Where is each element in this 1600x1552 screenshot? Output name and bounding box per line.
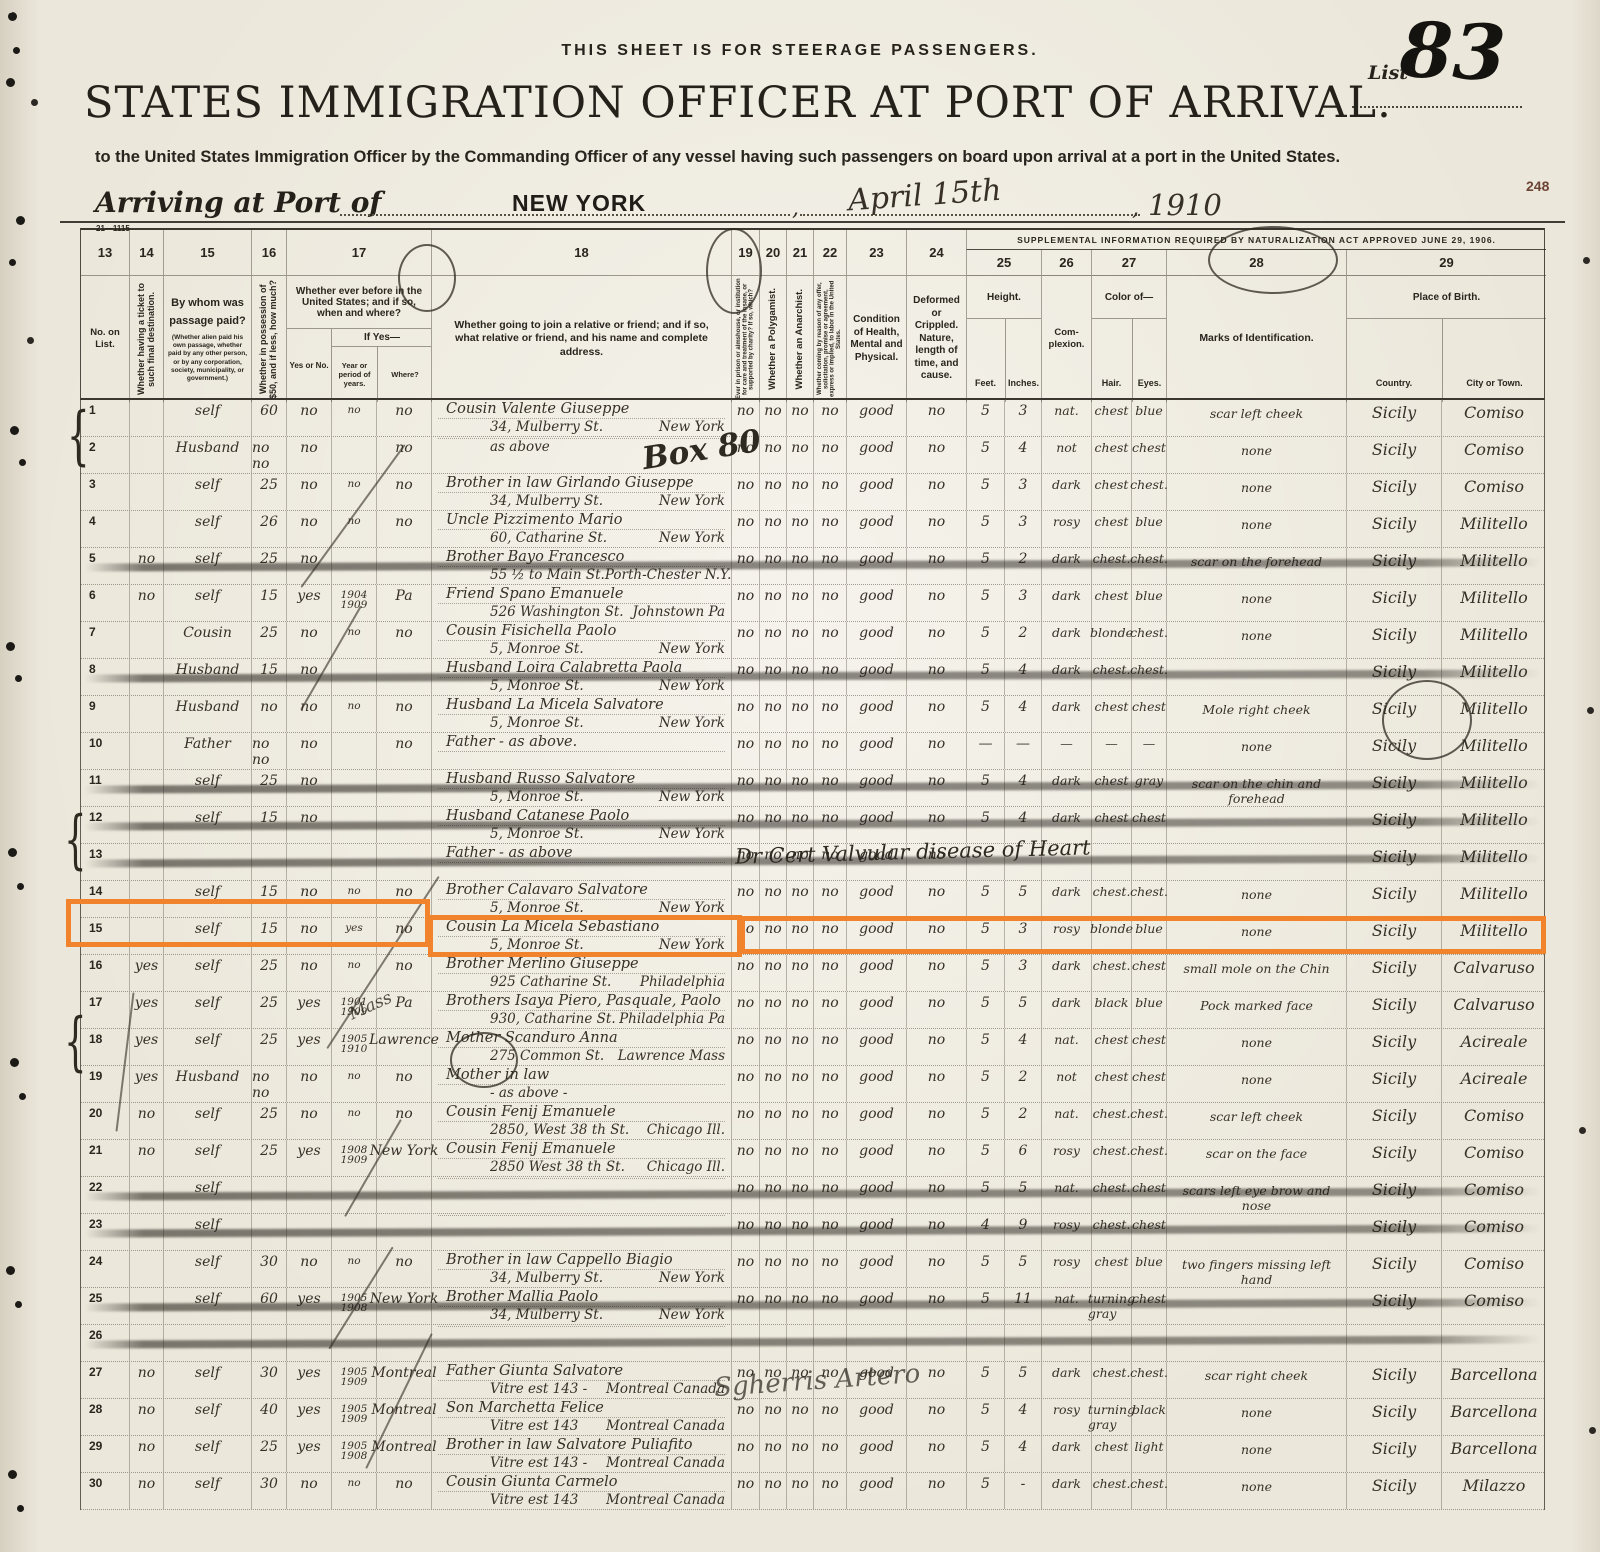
cell-no-on-list: 7: [81, 622, 129, 658]
cell-eyes: chest.: [1131, 1362, 1166, 1398]
cell-passage-paid-by: self: [163, 992, 251, 1028]
table-row: 9 Husband no no no no Husband La Micela …: [81, 696, 1544, 733]
cell-labor-offer: no: [813, 622, 846, 658]
cell-eyes: chest: [1131, 1029, 1166, 1065]
cell-anarchist: no: [786, 659, 813, 695]
cell-height-feet: 5: [966, 1140, 1004, 1176]
cell-no-on-list: 27: [81, 1362, 129, 1398]
cell-anarchist: no: [786, 1066, 813, 1102]
col-number-15: 15: [163, 230, 251, 276]
cell-relative: Brother Calavaro Salvatore 5, Monroe St.…: [431, 881, 731, 917]
cell-polygamist: no: [759, 1177, 786, 1213]
highlight-box-right: [740, 916, 1546, 954]
cell-eyes: [1131, 844, 1166, 880]
cell-relative: Friend Spano Emanuele 526 Washington St.…: [431, 585, 731, 621]
table-row: 18 yes self 25 yes 1905 1910 Lawrence Mo…: [81, 1029, 1544, 1066]
cell-relative-address: 2850 West 38 th St.: [490, 1159, 625, 1175]
table-row: 1 self 60 no no no Cousin Valente Giusep…: [81, 400, 1544, 437]
cell-labor-offer: no: [813, 1473, 846, 1509]
cell-labor-offer: no: [813, 770, 846, 806]
cell-ticket: no: [129, 548, 163, 584]
edge-ink-marks: [8, 8, 13, 13]
cell-year: no: [331, 400, 376, 436]
cell-deformed: [906, 1325, 966, 1361]
cell-marks: none: [1166, 881, 1346, 917]
cell-height-feet: 5: [966, 770, 1004, 806]
cell-passage-paid-by: Husband: [163, 1066, 251, 1102]
cell-complexion: nat.: [1041, 1029, 1091, 1065]
cell-where: [376, 807, 431, 843]
cell-year: no: [331, 1473, 376, 1509]
cell-birth-city: Acireale: [1441, 1066, 1546, 1102]
cell-ticket: no: [129, 1436, 163, 1472]
cell-relative-address: 55 ½ to Main St.: [490, 567, 605, 583]
cell-where: New York: [376, 1288, 431, 1324]
header-fifty-dollars: Whether in possession of $50, and if les…: [251, 276, 286, 402]
header-year-period: Year or period of years.: [332, 347, 377, 402]
cell-height-feet: 5: [966, 1399, 1004, 1435]
cell-ticket: yes: [129, 955, 163, 991]
cell-anarchist: no: [786, 1214, 813, 1250]
header-fifty-dollars-text: Whether in possession of $50, and if les…: [259, 278, 279, 400]
cell-height-inches: 5: [1004, 992, 1041, 1028]
table-row: 20 no self 25 no no no Cousin Fenij Eman…: [81, 1103, 1544, 1140]
col-number-22: 22: [813, 230, 846, 276]
cell-height-feet: —: [966, 733, 1004, 769]
cell-height-inches: 2: [1004, 622, 1041, 658]
cell-year: no: [331, 955, 376, 991]
cell-passage-paid-by: self: [163, 474, 251, 510]
cell-birth-city: Comiso: [1441, 1214, 1546, 1250]
cell-height-feet: [966, 1325, 1004, 1361]
cell-anarchist: no: [786, 400, 813, 436]
cell-prison: no: [731, 1029, 759, 1065]
cell-relative-city: Lawrence Mass: [618, 1048, 725, 1064]
cell-height-feet: 5: [966, 1436, 1004, 1472]
cell-birth-country: Sicily: [1346, 1140, 1441, 1176]
cell-relative-address: - as above -: [490, 1085, 567, 1101]
cell-birth-country: Sicily: [1346, 1436, 1441, 1472]
cell-before-us: yes: [286, 1362, 331, 1398]
col-number-24: 24: [906, 230, 966, 276]
cell-relative-city: Montreal Canada: [606, 1492, 725, 1508]
cell-no-on-list: 18: [81, 1029, 129, 1065]
cell-polygamist: no: [759, 955, 786, 991]
cell-labor-offer: no: [813, 1436, 846, 1472]
cell-relative-city: Montreal Canada: [606, 1381, 725, 1397]
cell-relative-city: Johnstown Pa: [633, 604, 725, 620]
cell-money: no no: [251, 437, 286, 473]
table-row: 7 Cousin 25 no no no Cousin Fisichella P…: [81, 622, 1544, 659]
cell-birth-country: Sicily: [1346, 1103, 1441, 1139]
cell-relative-address: 925 Catharine St.: [490, 974, 611, 990]
cell-relative-name: Uncle Pizzimento Mario: [438, 512, 725, 530]
cell-relative-city: New York: [659, 1307, 725, 1323]
cell-relative-name: Brother Bayo Francesco: [438, 549, 725, 567]
cell-relative-address: 5, Monroe St.: [490, 826, 584, 842]
cell-prison: no: [731, 733, 759, 769]
cell-birth-country: Sicily: [1346, 770, 1441, 806]
cell-complexion: rosy: [1041, 1214, 1091, 1250]
cell-hair: chest.: [1091, 1177, 1131, 1213]
cell-marks: scar left cheek: [1166, 1103, 1346, 1139]
cell-labor-offer: no: [813, 585, 846, 621]
cell-no-on-list: 6: [81, 585, 129, 621]
cell-hair: chest: [1091, 1436, 1131, 1472]
cell-polygamist: no: [759, 548, 786, 584]
cell-polygamist: no: [759, 1140, 786, 1176]
cell-where: [376, 1177, 431, 1213]
header-passage-paid-note: (Whether alien paid his own passage, whe…: [166, 334, 249, 383]
cell-deformed: no: [906, 696, 966, 732]
cell-anarchist: no: [786, 733, 813, 769]
cell-no-on-list: 13: [81, 844, 129, 880]
cell-anarchist: no: [786, 1436, 813, 1472]
cell-relative-address: 2850, West 38 th St.: [490, 1122, 629, 1138]
cell-year: [331, 1325, 376, 1361]
cell-money: [251, 1177, 286, 1213]
cell-money: 25: [251, 548, 286, 584]
cell-birth-country: Sicily: [1346, 437, 1441, 473]
cell-hair: chest.: [1091, 1103, 1131, 1139]
cell-hair: chest: [1091, 437, 1131, 473]
cell-money: 25: [251, 1029, 286, 1065]
cell-year: [331, 770, 376, 806]
cell-labor-offer: no: [813, 1399, 846, 1435]
cell-relative-address: 5, Monroe St.: [490, 678, 584, 694]
col-number-20: 20: [759, 230, 786, 276]
cell-height-inches: 4: [1004, 770, 1041, 806]
cell-height-inches: 4: [1004, 1436, 1041, 1472]
cell-height-feet: 5: [966, 881, 1004, 917]
cell-money: [251, 844, 286, 880]
cell-deformed: no: [906, 659, 966, 695]
cell-health: good: [846, 1436, 906, 1472]
cell-complexion: dark: [1041, 955, 1091, 991]
table-body: 1 self 60 no no no Cousin Valente Giusep…: [80, 400, 1545, 1510]
cell-eyes: blue: [1131, 992, 1166, 1028]
cell-anarchist: no: [786, 622, 813, 658]
cell-money: 15: [251, 659, 286, 695]
cell-polygamist: no: [759, 1214, 786, 1250]
cell-where: [376, 1214, 431, 1250]
cell-no-on-list: 17: [81, 992, 129, 1028]
cell-before-us: [286, 844, 331, 880]
cell-ticket: [129, 1251, 163, 1287]
cell-relative-name: Cousin Giunta Carmelo: [438, 1474, 725, 1492]
cell-relative-name: Son Marchetta Felice: [438, 1400, 725, 1418]
cell-birth-country: [1346, 1325, 1441, 1361]
cell-hair: chest: [1091, 585, 1131, 621]
cell-relative-city: New York: [659, 715, 725, 731]
cell-hair: chest: [1091, 1251, 1131, 1287]
cell-where: no: [376, 622, 431, 658]
cell-height-inches: —: [1004, 733, 1041, 769]
cell-before-us: no: [286, 474, 331, 510]
cell-year: [331, 437, 376, 473]
cell-ticket: [129, 696, 163, 732]
cell-eyes: chest: [1131, 696, 1166, 732]
cell-height-inches: 3: [1004, 955, 1041, 991]
cell-prison: no: [731, 474, 759, 510]
cell-relative: Cousin Giunta Carmelo Vitre est 143 Mont…: [431, 1473, 731, 1509]
cell-birth-country: Sicily: [1346, 622, 1441, 658]
cell-marks: [1166, 844, 1346, 880]
cell-labor-offer: no: [813, 696, 846, 732]
table-row: 19 yes Husband no no no no no Mother in …: [81, 1066, 1544, 1103]
cell-relative: Cousin Fisichella Paolo 5, Monroe St. Ne…: [431, 622, 731, 658]
cell-health: good: [846, 474, 906, 510]
cell-passage-paid-by: self: [163, 1288, 251, 1324]
cell-relative: Father Giunta Salvatore Vitre est 143 - …: [431, 1362, 731, 1398]
cell-before-us: [286, 1177, 331, 1213]
cell-height-inches: 9: [1004, 1214, 1041, 1250]
cell-eyes: blue: [1131, 585, 1166, 621]
cell-health: good: [846, 400, 906, 436]
cell-before-us: [286, 1325, 331, 1361]
cell-hair: black: [1091, 992, 1131, 1028]
cell-polygamist: no: [759, 1436, 786, 1472]
cell-height-feet: 5: [966, 1362, 1004, 1398]
header-deformed: Deformed or Crippled. Nature, length of …: [906, 276, 966, 402]
cell-ticket: yes: [129, 992, 163, 1028]
table-row: 3 self 25 no no no Brother in law Girlan…: [81, 474, 1544, 511]
cell-passage-paid-by: [163, 1325, 251, 1361]
table-row: 6 no self 15 yes 1904 1909 Pa Friend Spa…: [81, 585, 1544, 622]
cell-height-feet: 5: [966, 992, 1004, 1028]
cell-polygamist: no: [759, 437, 786, 473]
cell-eyes: chest.: [1131, 881, 1166, 917]
header-birth-title: Place of Birth.: [1413, 276, 1480, 318]
cell-relative: Cousin Fenij Emanuele 2850 West 38 th St…: [431, 1140, 731, 1176]
cell-deformed: no: [906, 733, 966, 769]
cell-money: [251, 1325, 286, 1361]
cell-height-feet: 5: [966, 548, 1004, 584]
header-passage-paid: By whom was passage paid? (Whether alien…: [163, 276, 251, 402]
cell-marks: none: [1166, 511, 1346, 547]
cell-relative: Brother in law Salvatore Puliafito Vitre…: [431, 1436, 731, 1472]
cell-polygamist: no: [759, 992, 786, 1028]
cell-relative-name: Brother in law Girlando Giuseppe: [438, 475, 725, 493]
cell-passage-paid-by: Father: [163, 733, 251, 769]
cell-deformed: no: [906, 437, 966, 473]
col-number-29: 29: [1346, 250, 1546, 276]
cell-labor-offer: no: [813, 437, 846, 473]
cell-prison: no: [731, 1436, 759, 1472]
cell-ticket: no: [129, 1473, 163, 1509]
cell-deformed: no: [906, 585, 966, 621]
cell-polygamist: no: [759, 1029, 786, 1065]
cell-hair: [1091, 844, 1131, 880]
cell-relative-name: Brother Mallia Paolo: [438, 1289, 725, 1307]
cell-prison: no: [731, 770, 759, 806]
cell-deformed: no: [906, 1066, 966, 1102]
cell-complexion: nat.: [1041, 1288, 1091, 1324]
cell-birth-city: Barcellona: [1441, 1362, 1546, 1398]
cell-before-us: no: [286, 770, 331, 806]
cell-no-on-list: 23: [81, 1214, 129, 1250]
cell-birth-city: Militello: [1441, 622, 1546, 658]
cell-money: 15: [251, 585, 286, 621]
cell-no-on-list: 4: [81, 511, 129, 547]
header-passage-paid-title: By whom was passage paid?: [166, 295, 249, 330]
cell-marks: scar on the chin and forehead: [1166, 770, 1346, 806]
cell-relative-city: Chicago Ill.: [647, 1159, 725, 1175]
table-row: 29 no self 25 yes 1905 1908 Montreal Bro…: [81, 1436, 1544, 1473]
cell-deformed: no: [906, 807, 966, 843]
cell-complexion: dark: [1041, 1362, 1091, 1398]
cell-before-us: no: [286, 696, 331, 732]
cell-marks: scar right cheek: [1166, 1362, 1346, 1398]
cell-hair: chest.: [1091, 659, 1131, 695]
cell-year: [331, 659, 376, 695]
cell-birth-country: Sicily: [1346, 881, 1441, 917]
cell-money: 25: [251, 955, 286, 991]
cell-prison: no: [731, 1288, 759, 1324]
cell-relative-address: Vitre est 143 -: [490, 1381, 587, 1397]
cell-ticket: [129, 437, 163, 473]
cell-anarchist: no: [786, 1103, 813, 1139]
cell-deformed: no: [906, 1103, 966, 1139]
col-number-26: 26: [1041, 250, 1091, 276]
cell-ticket: no: [129, 1399, 163, 1435]
header-complexion: Com-plexion.: [1041, 276, 1091, 402]
cell-passage-paid-by: self: [163, 807, 251, 843]
cell-prison: no: [731, 548, 759, 584]
cell-deformed: no: [906, 1029, 966, 1065]
cell-relative-address: 930, Catharine St.: [490, 1011, 616, 1027]
header-labor-offer: Whether coming by reason of any offer, s…: [813, 276, 846, 402]
cell-where: [376, 548, 431, 584]
cell-relative: Son Marchetta Felice Vitre est 143 Montr…: [431, 1399, 731, 1435]
cell-no-on-list: 9: [81, 696, 129, 732]
cell-anarchist: no: [786, 1251, 813, 1287]
cell-prison: no: [731, 992, 759, 1028]
cell-marks: [1166, 1288, 1346, 1324]
cell-anarchist: no: [786, 807, 813, 843]
pen-circle-col28: [1208, 226, 1338, 294]
cell-height-inches: [1004, 1325, 1041, 1361]
cell-deformed: no: [906, 1140, 966, 1176]
cell-height-inches: 3: [1004, 585, 1041, 621]
cell-before-us: yes: [286, 992, 331, 1028]
cell-eyes: light: [1131, 1436, 1166, 1472]
cell-labor-offer: no: [813, 474, 846, 510]
cell-marks: [1166, 807, 1346, 843]
header-health: Condition of Health, Mental and Physical…: [846, 276, 906, 402]
cell-polygamist: no: [759, 881, 786, 917]
cell-health: good: [846, 1288, 906, 1324]
cell-prison: no: [731, 1473, 759, 1509]
cell-height-feet: 5: [966, 511, 1004, 547]
cell-polygamist: no: [759, 511, 786, 547]
cell-health: good: [846, 585, 906, 621]
cell-money: 25: [251, 1140, 286, 1176]
highlight-box-left: [66, 899, 430, 947]
cell-complexion: dark: [1041, 548, 1091, 584]
cell-deformed: no: [906, 881, 966, 917]
cell-year: no: [331, 622, 376, 658]
cell-relative-address: 34, Mulberry St.: [490, 1307, 603, 1323]
cell-relative-address: 5, Monroe St.: [490, 789, 584, 805]
cell-birth-city: Militello: [1441, 511, 1546, 547]
cell-before-us: no: [286, 807, 331, 843]
cell-complexion: dark: [1041, 1473, 1091, 1509]
cell-ticket: [129, 1214, 163, 1250]
cell-labor-offer: no: [813, 1029, 846, 1065]
cell-passage-paid-by: self: [163, 1473, 251, 1509]
cell-eyes: chest: [1131, 1066, 1166, 1102]
cell-before-us: yes: [286, 1436, 331, 1472]
cell-height-inches: 4: [1004, 696, 1041, 732]
cell-passage-paid-by: self: [163, 1103, 251, 1139]
cell-relative-name: Brother in law Cappello Biagio: [438, 1252, 725, 1270]
cell-birth-city: Militello: [1441, 585, 1546, 621]
cell-relative: Cousin Fenij Emanuele 2850, West 38 th S…: [431, 1103, 731, 1139]
col-number-18: 18: [431, 230, 731, 276]
header-anarchist-text: Whether an Anarchist.: [795, 289, 805, 389]
cell-marks: [1166, 1325, 1346, 1361]
cell-no-on-list: 5: [81, 548, 129, 584]
cell-before-us: no: [286, 659, 331, 695]
cell-before-us: no: [286, 437, 331, 473]
cell-birth-city: [1441, 1325, 1546, 1361]
cell-money: no no: [251, 733, 286, 769]
cell-relative-city: New York: [659, 493, 725, 509]
cell-height-inches: 2: [1004, 1103, 1041, 1139]
cell-height-inches: 6: [1004, 1140, 1041, 1176]
cell-hair: chest.: [1091, 1214, 1131, 1250]
cell-no-on-list: 21: [81, 1140, 129, 1176]
cell-passage-paid-by: self: [163, 1399, 251, 1435]
cell-polygamist: no: [759, 1473, 786, 1509]
cell-health: good: [846, 1029, 906, 1065]
cell-relative-name: Brother in law Salvatore Puliafito: [438, 1437, 725, 1455]
cell-birth-city: Comiso: [1441, 1140, 1546, 1176]
pen-circle-col19: [706, 228, 762, 314]
cell-hair: chest.: [1091, 1362, 1131, 1398]
cell-relative-city: New York: [659, 530, 725, 546]
cell-complexion: rosy: [1041, 1140, 1091, 1176]
cell-passage-paid-by: self: [163, 1251, 251, 1287]
table-row: 30 no self 30 no no no Cousin Giunta Car…: [81, 1473, 1544, 1510]
cell-birth-city: Militello: [1441, 807, 1546, 843]
cell-complexion: rosy: [1041, 511, 1091, 547]
cell-relative-city: New York: [659, 1270, 725, 1286]
cell-prison: no: [731, 1251, 759, 1287]
cell-ticket: [129, 770, 163, 806]
table-row: 2 Husband no no no no as above no no no …: [81, 437, 1544, 474]
cell-ticket: [129, 659, 163, 695]
cell-complexion: —: [1041, 733, 1091, 769]
cell-deformed: no: [906, 992, 966, 1028]
cell-complexion: dark: [1041, 1436, 1091, 1472]
cell-hair: chest.: [1091, 955, 1131, 991]
arrival-year-handwritten: 1910: [1148, 188, 1222, 222]
cell-complexion: not: [1041, 437, 1091, 473]
cell-where: Lawrence: [376, 1029, 431, 1065]
cell-no-on-list: 29: [81, 1436, 129, 1472]
cell-no-on-list: 26: [81, 1325, 129, 1361]
table-row: 4 self 26 no no no Uncle Pizzimento Mari…: [81, 511, 1544, 548]
cell-marks: none: [1166, 585, 1346, 621]
cell-polygamist: no: [759, 1288, 786, 1324]
cell-hair: [1091, 1325, 1131, 1361]
cell-money: 60: [251, 1288, 286, 1324]
cell-relative-city: New York: [659, 900, 725, 916]
cell-birth-city: Militello: [1441, 881, 1546, 917]
cell-marks: Mole right cheek: [1166, 696, 1346, 732]
